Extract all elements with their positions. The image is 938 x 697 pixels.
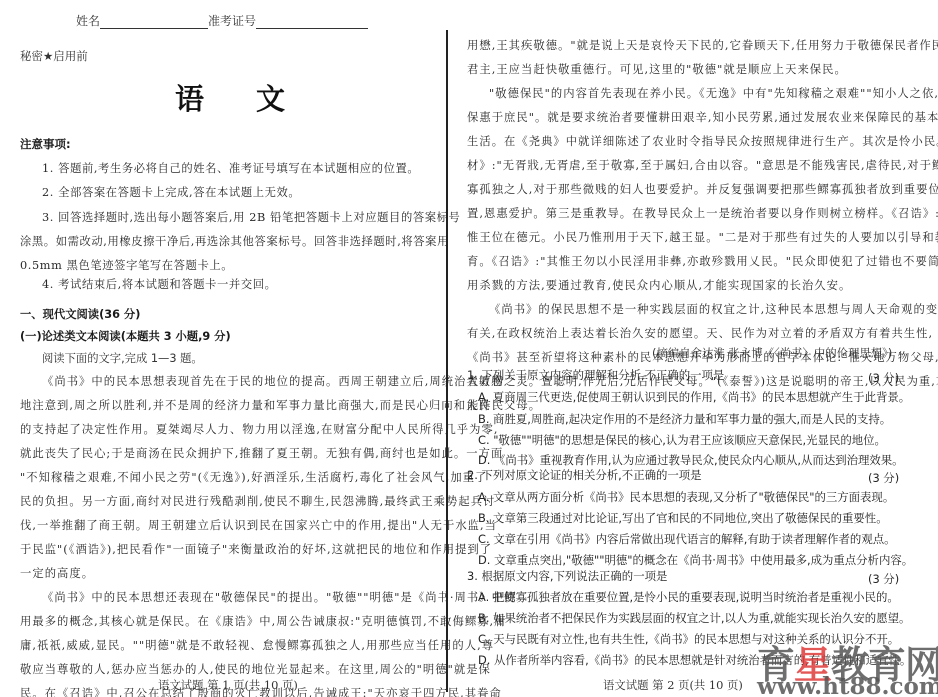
option-c[interactable]: C. 天与民既有对立性,也有共生性,《尚书》的民本思想与对这种关系的认识分不开。 [478, 634, 899, 645]
section-heading: 一、现代文阅读(36 分) [20, 309, 140, 320]
subsection-heading: (一)论述类文本阅读(本题共 3 小题,9 分) [20, 331, 231, 342]
passage-line: 就此丧失了民心;于是商汤在民众拥护下,推翻了夏王朝。无独有偶,商纣也是如此。一方… [20, 448, 503, 459]
subject-title: 语文 [175, 77, 337, 118]
passage-line: "不知稼穑之艰难,不闻小民之劳"(《无逸》),好酒淫乐,生活腐朽,毒化了社会风气… [20, 472, 487, 483]
option-b[interactable]: B. 如果统治者不把保民作为实践层面的权宜之计,以人为重,就能实现长治久安的愿望… [478, 613, 910, 624]
passage-line: 一定的高度。 [20, 568, 94, 579]
passage-line: 寡孤独之人,对于那些微贱的妇人也要爱护。并反复强调要把那些鳏寡孤独者放到重要位 [467, 184, 938, 195]
option-d[interactable]: D. 《尚书》重视教育作用,认为应通过教导民众,使民众内心顺从,从而达到治理效果… [478, 455, 904, 466]
option-c[interactable]: C. "敬德""明德"的思想是保民的核心,认为君王应该顺应天意保民,光显民的地位… [478, 435, 886, 446]
passage-line: 君主,王应当赶快敬重德行。可见,这里的"敬德"就是顺应上天来保民。 [467, 64, 847, 75]
option-a[interactable]: A. 把鳏寡孤独者放在重要位置,是怜小民的重要表现,说明当时统治者是重视小民的。 [478, 592, 899, 603]
passage-line: 置,恩惠爱护。第三是重教导。在教导民众上一是统治者要以身作则树立榜样。《召诰》:… [467, 208, 938, 219]
notice-item: 2. 全部答案在答题卡上完成,答在本试题上无效。 [42, 187, 300, 198]
passage-line: 庸,祇祇,威威,显民。""明德"就是不敢轻视、怠慢鳏寡孤独之人,用那些应当任用的… [20, 640, 494, 651]
page-1-footer: 语文试题 第 1 页(共 10 页) [158, 677, 298, 693]
passage-line: 的支持起了决定性作用。夏桀竭尽人力、物力用以淫逸,在财富分配中人民所得几乎为零, [20, 424, 498, 435]
passage-line: 地注意到,周之所以胜利,并不是周的经济力量和军事力量比商强大,而是民心归向和人民 [20, 400, 491, 411]
confidential-mark: 秘密★启用前 [20, 48, 88, 64]
question-stem: 1. 下列关于原文内容的理解和分析,不正确的一项是 [467, 370, 724, 381]
option-d[interactable]: D. 文章重点突出,"敬德""明德"的概念在《尚书·周书》中使用最多,成为重点分… [478, 555, 913, 566]
page-2-footer: 语文试题 第 2 页(共 10 页) [603, 677, 743, 693]
passage-line: 民的负担。另一方面,商纣对民进行残酷剥削,使民不聊生,民怨沸腾,最终武王乘势起兵… [20, 496, 495, 507]
option-d[interactable]: D. 从作者所举内容看,《尚书》的民本思想就是针对统治者而言的,有普适性和适宜性… [478, 655, 911, 666]
option-a[interactable]: A. 夏商周三代更迭,促使周王朝认识到民的作用,《尚书》的民本思想就产生于此背景… [478, 392, 910, 403]
question-stem: 3. 根据原文内容,下列说法正确的一项是 [467, 571, 667, 582]
name-label: 姓名 [76, 12, 100, 29]
notice-item: 0.5mm 黑色笔迹签字笔写在答题卡上。 [20, 260, 233, 271]
name-field-line [100, 16, 208, 29]
notice-heading: 注意事项: [20, 139, 71, 151]
question-points: (3 分) [868, 571, 899, 587]
notice-item: 3. 回答选择题时,选出每小题答案后,用 2B 铅笔把答题卡上对应题目的答案标号 [42, 212, 460, 223]
passage-citation: (摘编自余达淮 张永博《〈尚书〉中的伦理思想》) [652, 348, 892, 359]
passage-line: 用杀戮的方法,要通过教育,使民众内心顺从,才能实现国家的长治久安。 [467, 280, 851, 291]
passage-line: 《尚书》的保民思想不是一种实践层面的权宜之计,这种民本思想与周人天命观的变化 [489, 304, 938, 315]
passage-line: 用懋,王其疾敬德。"就是说上天是哀怜天下民的,它眷顾天下,任用努力于敬德保民者作… [467, 40, 938, 51]
exam-id-label: 准考证号 [208, 12, 256, 29]
option-c[interactable]: C. 文章在引用《尚书》内容后常做出现代语言的解释,有助于读者理解作者的观点。 [478, 534, 896, 545]
passage-line: 敬应当尊敬的人,惩办应当惩办的人,使民的地位光显起来。在这里,周公的"明德"就是… [20, 664, 491, 675]
passage-line: "敬德保民"的内容首先表现在养小民。《无逸》中有"先知稼穑之艰难""知小人之依,… [489, 88, 938, 99]
notice-item: 1. 答题前,考生务必将自己的姓名、准考证号填写在本试题相应的位置。 [42, 163, 419, 174]
notice-item: 涂黑。如需改动,用橡皮擦干净后,再选涂其他答案标号。回答非选择题时,将答案用 [20, 236, 449, 247]
passage-line: 《尚书》中的民本思想表现首先在于民的地位的提高。西周王朝建立后,周统治者敏感 [42, 376, 503, 387]
passage-line: 保惠于庶民"。就是要求统治者要懂耕田艰辛,知小民劳累,通过发展农业来保障民的基本 [467, 112, 938, 123]
passage-line: 育。《召诰》:"其惟王勿以小民淫用非彝,亦敢殄戮用乂民。"民众即使犯了过错也不要… [467, 256, 938, 267]
passage-line: 生活。在《尧典》中就详细陈述了农业时令指导民众按照规律进行生产。其次是怜小民。《… [467, 136, 938, 147]
passage-line: 材》:"无胥戕,无胥虐,至于敬寡,至于属妇,合由以容。"意思是不能残害民,虐待民… [467, 160, 938, 171]
question-stem: 2. 下列对原文论证的相关分析,不正确的一项是 [467, 470, 702, 481]
passage-line: 于民监"(《酒诰》),把民看作"一面镜子"来衡量政治的好坏,这就把民的地位和作用… [20, 544, 492, 555]
exam-page-1: 姓名 准考证号 秘密★启用前 语文 注意事项: 1. 答题前,考生务必将自己的姓… [0, 0, 446, 697]
notice-item: 4. 考试结束后,将本试题和答题卡一并交回。 [42, 279, 277, 290]
option-b[interactable]: B. 商胜夏,周胜商,起决定作用的不是经济力量和军事力量的强大,而是人民的支持。 [478, 414, 891, 425]
reading-instruction: 阅读下面的文字,完成 1—3 题。 [42, 353, 203, 364]
question-points: (3 分) [868, 470, 899, 486]
passage-line: 有关,在政权统治上表达着长治久安的愿望。天、民作为对立着的矛盾双方有着共生性, [467, 328, 933, 339]
passage-line: 用最多的概念,其核心就是保民。在《康诰》中,周公告诫康叔:"克明德慎罚,不敢侮鳏… [20, 616, 507, 627]
option-b[interactable]: B. 文章第三段通过对比论证,写出了官和民的不同地位,突出了敬德保民的重要性。 [478, 513, 888, 524]
candidate-info: 姓名 准考证号 [76, 12, 368, 29]
question-points: (3 分) [868, 370, 899, 386]
exam-id-field-line [256, 16, 368, 29]
passage-line: 伐,一举推翻了商王朝。周王朝建立后认识到民在国家兴亡中的作用,提出"人无于水监,… [20, 520, 497, 531]
option-a[interactable]: A. 文章从两方面分析《尚书》民本思想的表现,又分析了"敬德保民"的三方面表现。 [478, 492, 894, 503]
passage-line: 惟王位在德元。小民乃惟刑用于天下,越王显。"二是对于那些有过失的人要加以引导和教 [467, 232, 938, 243]
